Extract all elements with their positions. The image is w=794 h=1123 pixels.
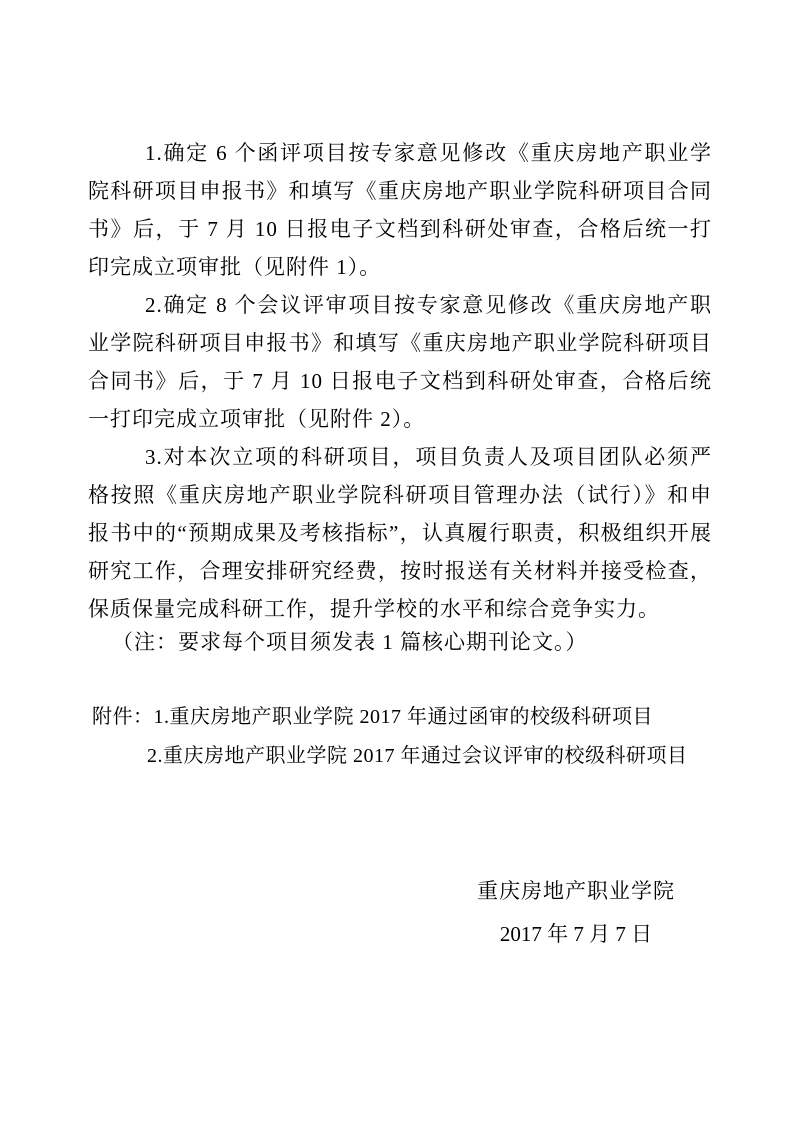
paragraph-2: 2.确定 8 个会议评审项目按专家意见修改《重庆房地产职业学院科研项目申报书》和… <box>88 286 712 438</box>
paragraph-1: 1.确定 6 个函评项目按专家意见修改《重庆房地产职业学院科研项目申报书》和填写… <box>88 134 712 286</box>
attachments-label: 附件： <box>92 706 154 728</box>
attachments-block: 附件：1.重庆房地产职业学院 2017 年通过函审的校级科研项目 2.重庆房地产… <box>92 698 752 776</box>
attachment-item-1: 1.重庆房地产职业学院 2017 年通过函审的校级科研项目 <box>154 706 654 728</box>
signature-date: 2017 年 7 月 7 日 <box>477 913 675 956</box>
note-line: （注：要求每个项目须发表 1 篇核心期刊论文。） <box>88 623 712 661</box>
document-page: 1.确定 6 个函评项目按专家意见修改《重庆房地产职业学院科研项目申报书》和填写… <box>0 0 794 1123</box>
document-body: 1.确定 6 个函评项目按专家意见修改《重庆房地产职业学院科研项目申报书》和填写… <box>88 134 712 628</box>
attachment-item-2: 2.重庆房地产职业学院 2017 年通过会议评审的校级科研项目 <box>147 745 688 767</box>
signature-organization: 重庆房地产职业学院 <box>477 870 675 913</box>
attachment-line-2: 2.重庆房地产职业学院 2017 年通过会议评审的校级科研项目 <box>92 737 752 776</box>
attachment-line-1: 附件：1.重庆房地产职业学院 2017 年通过函审的校级科研项目 <box>92 698 752 737</box>
signature-block: 重庆房地产职业学院 2017 年 7 月 7 日 <box>477 870 675 956</box>
paragraph-3: 3.对本次立项的科研项目，项目负责人及项目团队必须严格按照《重庆房地产职业学院科… <box>88 438 712 628</box>
